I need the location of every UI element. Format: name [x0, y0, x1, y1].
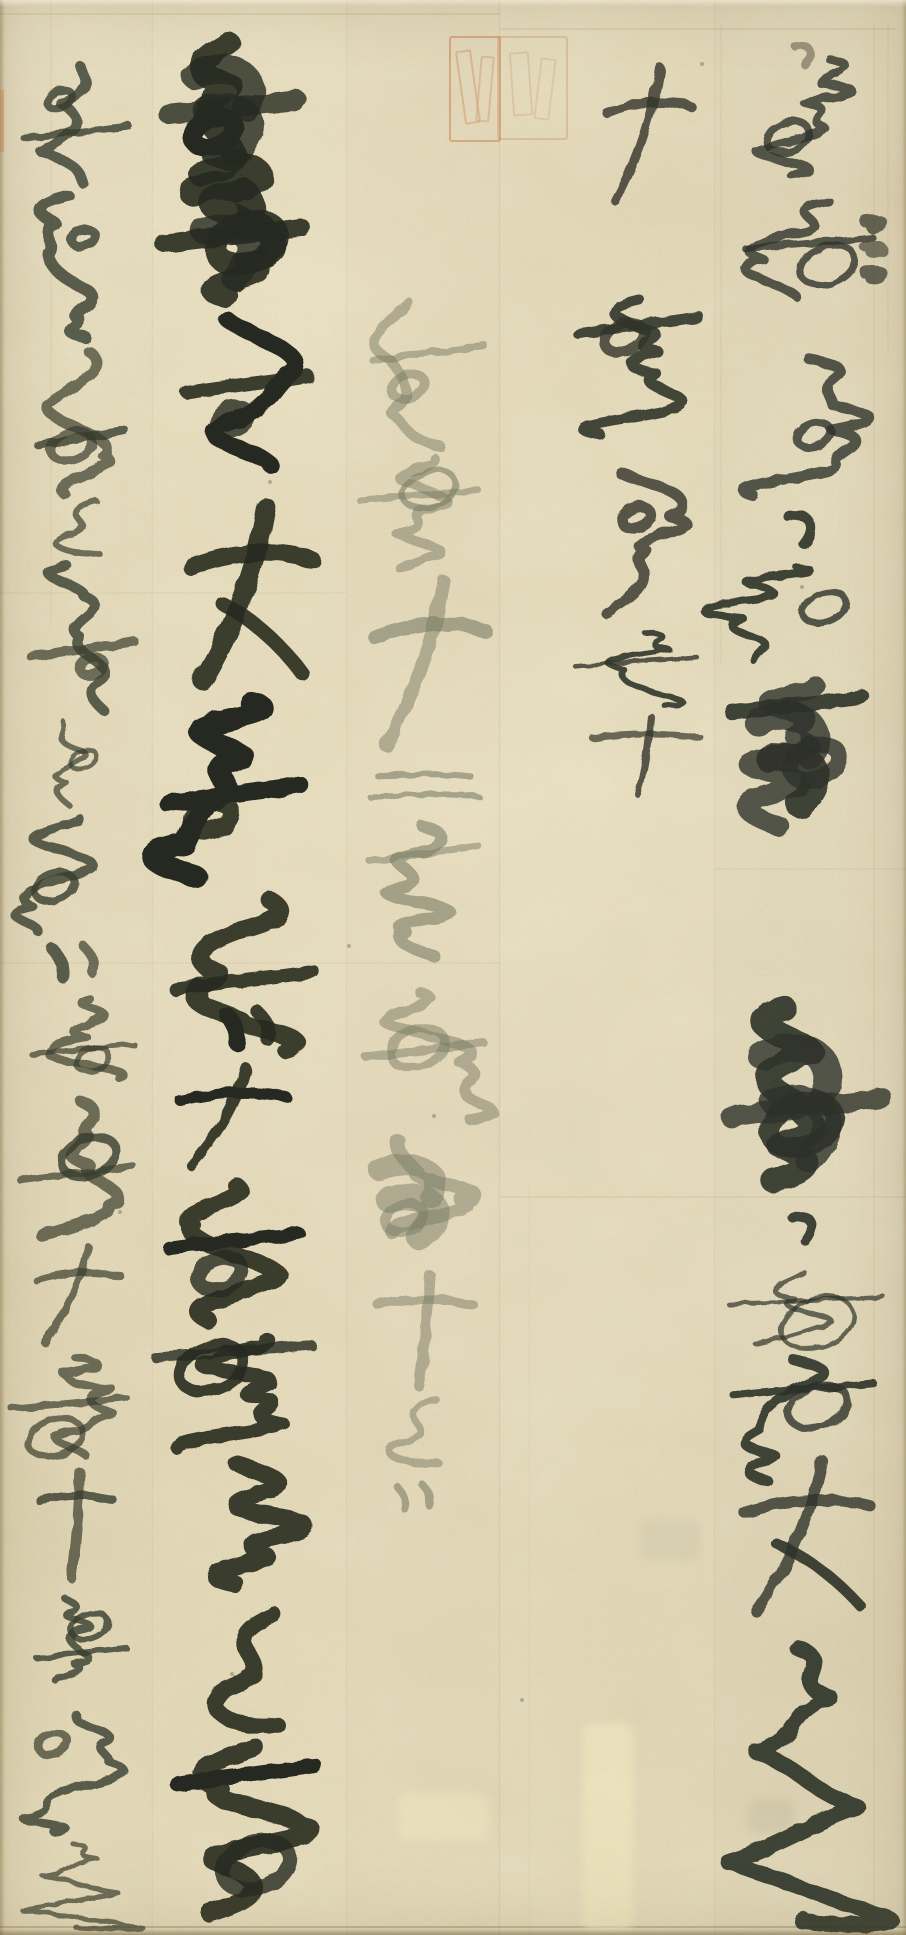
cursive-character — [378, 1275, 473, 1385]
cursive-character — [729, 1273, 884, 1349]
brush-stroke — [12, 1398, 126, 1409]
brush-stroke — [41, 65, 86, 183]
cursive-character — [181, 1067, 286, 1164]
brush-stroke — [418, 1275, 429, 1385]
cursive-character — [40, 196, 95, 337]
text-column-5-leftmost — [12, 65, 142, 1929]
cursive-character — [389, 1400, 439, 1464]
cursive-character — [795, 45, 810, 65]
brush-stroke — [389, 1400, 439, 1464]
cursive-character — [732, 686, 864, 827]
cursive-character — [592, 717, 701, 794]
cursive-character — [25, 65, 129, 183]
text-column-4-bold — [153, 44, 314, 1913]
text-column-2 — [575, 67, 701, 794]
cursive-character — [370, 825, 478, 956]
brush-stroke — [789, 515, 811, 543]
brush-stroke — [191, 1067, 246, 1164]
brush-stroke — [168, 785, 300, 804]
brush-stroke — [80, 657, 104, 674]
brush-stroke — [397, 1487, 406, 1510]
cursive-character — [744, 359, 869, 495]
calligraphy-layer — [0, 0, 906, 1935]
brush-stroke — [83, 945, 95, 973]
brush-stroke — [47, 351, 108, 493]
brush-stroke — [729, 1297, 884, 1305]
cursive-character — [22, 1844, 143, 1929]
cursive-character — [23, 1715, 123, 1832]
brush-stroke — [800, 245, 855, 285]
cursive-character — [379, 1141, 475, 1236]
brush-stroke — [198, 1257, 242, 1289]
brush-stroke — [23, 1715, 123, 1832]
cursive-character — [745, 202, 872, 296]
brush-stroke — [72, 1473, 81, 1577]
cursive-character — [575, 632, 697, 706]
brush-stroke — [156, 1345, 311, 1357]
brush-stroke — [421, 1484, 431, 1507]
cursive-character — [191, 508, 312, 681]
cursive-character — [756, 59, 851, 174]
brush-stroke — [175, 972, 313, 989]
cursive-character — [178, 1747, 315, 1913]
cursive-character — [789, 515, 811, 543]
brush-stroke — [188, 376, 307, 393]
brush-stroke — [45, 1247, 89, 1342]
brush-stroke — [866, 246, 881, 252]
cursive-character — [365, 992, 492, 1119]
brush-stroke — [203, 508, 266, 681]
brush-stroke — [370, 795, 479, 798]
cursive-character — [170, 1186, 299, 1320]
brush-stroke — [866, 272, 881, 278]
brush-stroke — [622, 507, 651, 528]
cursive-character — [188, 320, 307, 466]
brush-stroke — [215, 1615, 277, 1726]
cursive-character — [730, 1008, 882, 1180]
brush-stroke — [49, 999, 122, 1077]
cursive-character — [37, 1597, 126, 1680]
cursive-character — [21, 1102, 134, 1236]
brush-stroke — [793, 1216, 811, 1240]
cursive-character — [215, 1615, 277, 1726]
cursive-character — [375, 581, 485, 745]
cursive-character — [361, 458, 478, 568]
brush-stroke — [387, 825, 450, 956]
brush-stroke — [40, 196, 92, 337]
brush-stroke — [373, 345, 484, 360]
cursive-character — [153, 703, 300, 877]
brush-stroke — [777, 1544, 861, 1606]
brush-stroke — [378, 774, 471, 776]
brush-stroke — [797, 423, 831, 447]
cursive-character — [55, 722, 97, 805]
cursive-character — [31, 999, 134, 1077]
cursive-character — [31, 565, 134, 711]
cursive-character — [39, 351, 125, 493]
brush-stroke — [639, 717, 652, 794]
cursive-character — [607, 474, 686, 614]
cursive-character — [866, 221, 881, 278]
cursive-character — [704, 568, 846, 660]
manuscript-page: Handscroll section of Chinese wild-cursi… — [0, 0, 906, 1935]
brush-stroke — [866, 221, 881, 227]
cursive-character — [156, 1339, 311, 1447]
cursive-character — [12, 1358, 126, 1457]
text-column-1-rightmost — [704, 45, 891, 1924]
cursive-character — [373, 303, 484, 447]
brush-stroke — [72, 229, 95, 246]
brush-stroke — [216, 1463, 304, 1584]
cursive-character — [56, 501, 98, 553]
cursive-character — [728, 1648, 891, 1925]
cursive-character — [793, 1216, 811, 1240]
cursive-character — [37, 1247, 121, 1342]
text-column-3-faded — [361, 303, 493, 1510]
brush-stroke — [227, 1015, 238, 1044]
brush-stroke — [608, 632, 682, 706]
cursive-character — [40, 1473, 115, 1577]
brush-stroke — [802, 591, 846, 623]
brush-stroke — [704, 568, 810, 660]
brush-stroke — [728, 1648, 891, 1925]
cursive-character — [15, 819, 94, 932]
cursive-character — [607, 67, 692, 200]
brush-stroke — [56, 501, 98, 553]
brush-stroke — [22, 1844, 143, 1929]
brush-stroke — [615, 67, 659, 200]
brush-stroke — [53, 949, 64, 978]
brush-stroke — [575, 657, 697, 666]
cursive-character — [165, 155, 302, 296]
brush-stroke — [795, 45, 810, 65]
brush-stroke — [756, 59, 851, 174]
brush-stroke — [745, 1359, 824, 1481]
cursive-character — [397, 1484, 431, 1510]
cursive-character — [370, 774, 479, 797]
brush-stroke — [386, 581, 443, 745]
brush-stroke — [781, 1296, 853, 1348]
brush-stroke — [38, 1733, 67, 1754]
cursive-character — [53, 945, 95, 977]
cursive-character — [734, 1359, 873, 1481]
cursive-character — [579, 301, 699, 435]
brush-stroke — [607, 474, 686, 614]
cursive-character — [216, 1463, 304, 1584]
brush-stroke — [49, 565, 105, 711]
